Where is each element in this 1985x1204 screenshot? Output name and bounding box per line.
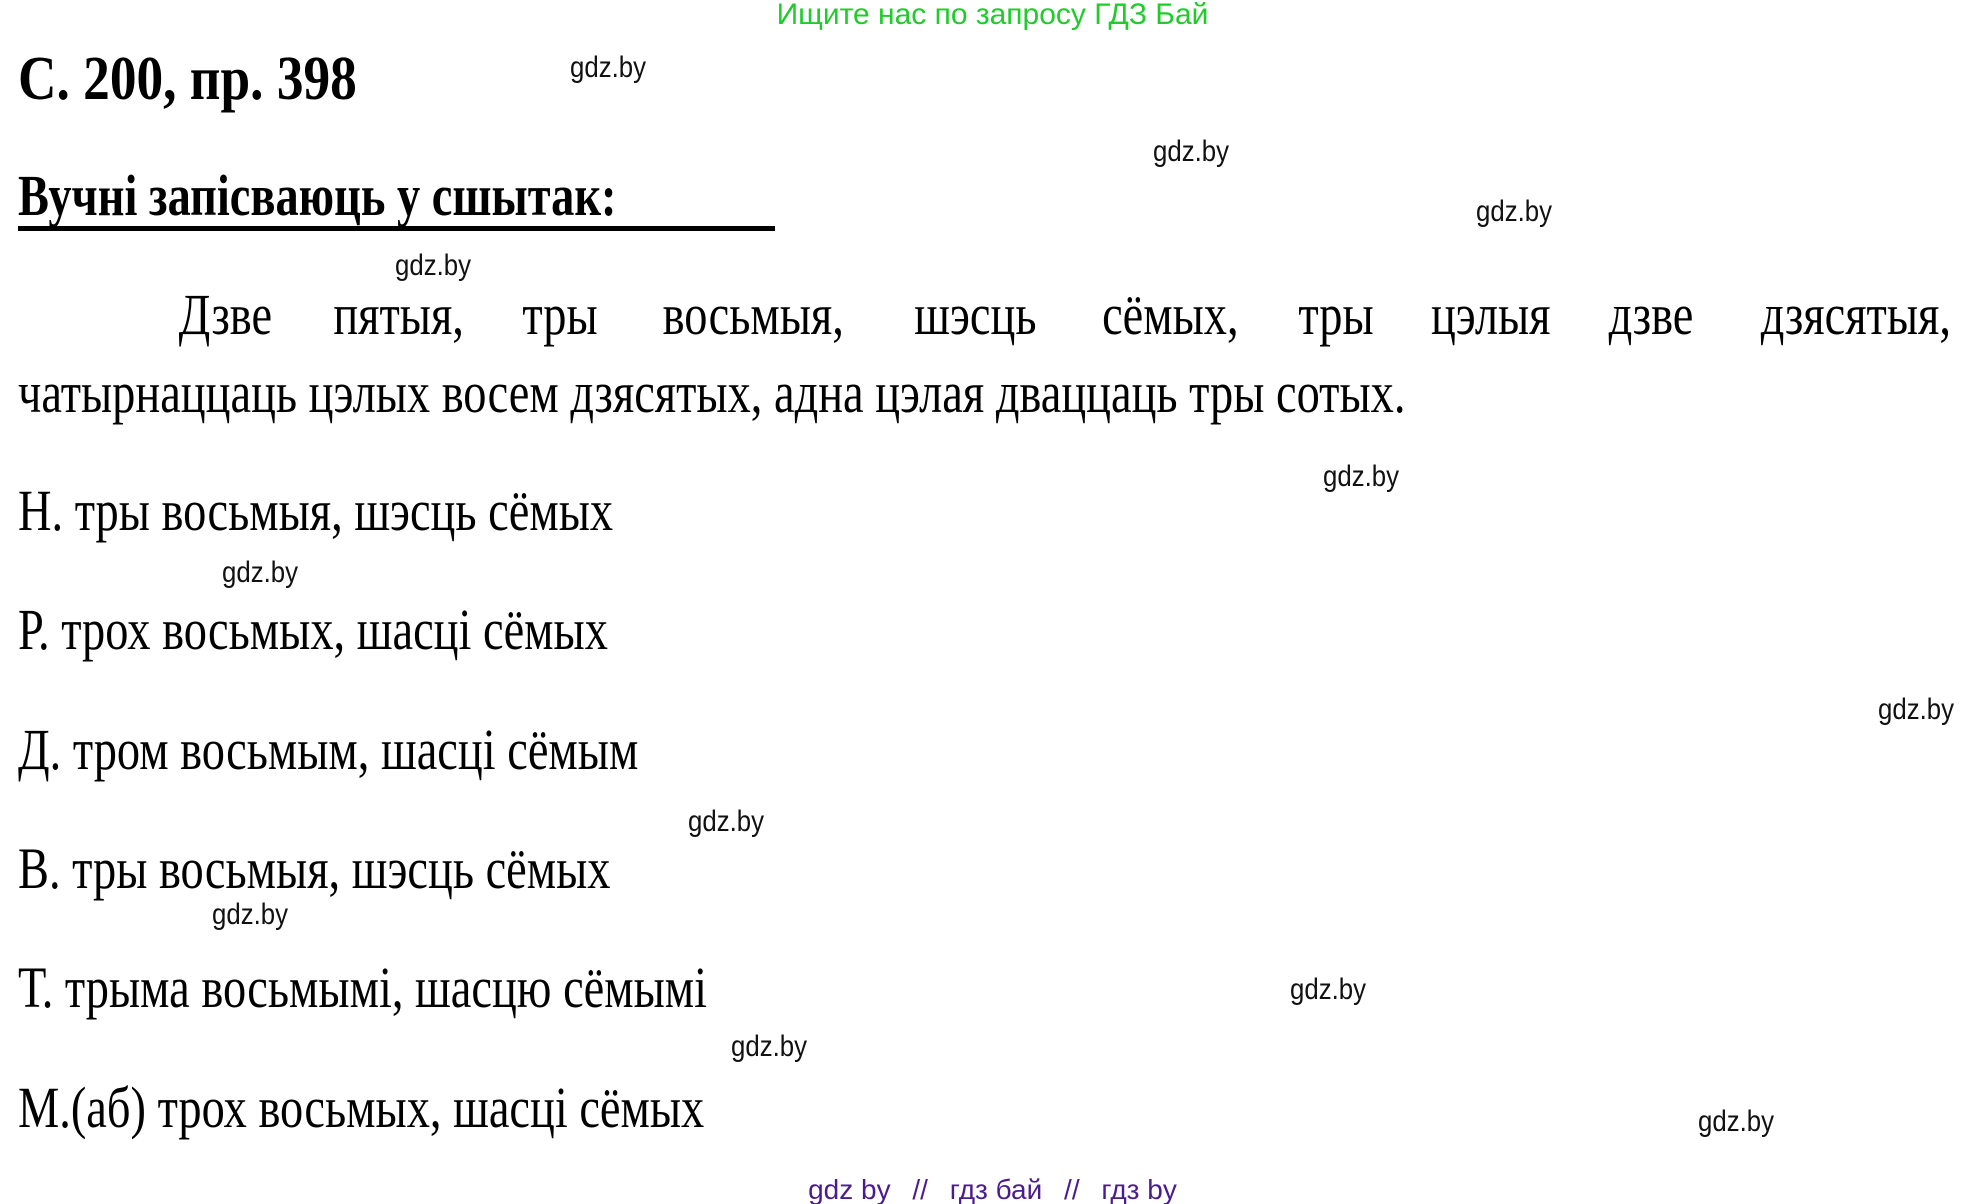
paragraph-word: сёмых, <box>1102 282 1239 348</box>
paragraph-word: тры <box>522 282 597 348</box>
watermark: gdz.by <box>395 250 483 282</box>
paragraph-word: шэсць <box>915 282 1037 348</box>
paragraph-line-2: чатырнаццаць цэлых восем дзясятых, адна … <box>18 360 1752 426</box>
search-banner: Ищите нас по запросу ГДЗ Бай <box>0 0 1985 30</box>
section-heading-text: Вучні запісваюць у сшытак: <box>18 163 617 229</box>
case-text: трох восьмых, шасці сёмых <box>158 1075 705 1140</box>
paragraph-word: дзясятыя, <box>1761 282 1951 348</box>
footer-link-gdz-bai[interactable]: гдз бай <box>950 1174 1043 1204</box>
paragraph-word: восьмыя, <box>663 282 844 348</box>
case-label: В. <box>18 836 61 901</box>
section-heading: Вучні запісваюць у сшытак: <box>18 163 766 229</box>
case-label: Н. <box>18 478 63 543</box>
watermark: gdz.by <box>212 899 300 931</box>
case-label: М.(аб) <box>18 1075 146 1140</box>
case-text: трох восьмых, шасці сёмых <box>61 597 608 662</box>
case-text: тры восьмыя, шэсць сёмых <box>75 478 613 543</box>
case-text: тром восьмым, шасці сёмым <box>73 717 638 782</box>
paragraph-word: Дзве <box>179 282 272 348</box>
case-line: Т. трыма восьмымі, шасцю сёмымі <box>18 955 879 1021</box>
footer-link-gdz-by-cyr[interactable]: гдз by <box>1101 1174 1176 1204</box>
paragraph-word: пятыя, <box>333 282 464 348</box>
watermark: gdz.by <box>1878 694 1966 726</box>
paragraph-word: тры <box>1298 282 1373 348</box>
paragraph-word: цэлыя <box>1431 282 1551 348</box>
page-title-text: С. 200, пр. 398 <box>18 44 357 114</box>
case-line: М.(аб) трох восьмых, шасці сёмых <box>18 1075 876 1141</box>
watermark: gdz.by <box>570 52 658 84</box>
case-line: В. тры восьмыя, шэсць сёмых <box>18 836 759 902</box>
case-text: трыма восьмымі, шасцю сёмымі <box>65 955 707 1020</box>
case-line: Д. тром восьмым, шасці сёмым <box>18 717 793 783</box>
case-text: тры восьмыя, шэсць сёмых <box>72 836 610 901</box>
case-line: Р. трох восьмых, шасці сёмых <box>18 597 755 663</box>
case-line: Н. тры восьмыя, шэсць сёмых <box>18 478 762 544</box>
case-label: Т. <box>18 955 53 1020</box>
watermark: gdz.by <box>688 806 776 838</box>
watermark: gdz.by <box>1476 196 1564 228</box>
footer-separator: // <box>912 1174 928 1204</box>
paragraph-word: дзве <box>1609 282 1694 348</box>
case-label: Д. <box>18 717 61 782</box>
case-label: Р. <box>18 597 50 662</box>
justified-line: Дзвепятыя,трывосьмыя,шэсцьсёмых,трыцэлыя… <box>167 282 1975 348</box>
watermark: gdz.by <box>1698 1106 1786 1138</box>
watermark: gdz.by <box>1290 974 1378 1006</box>
watermark: gdz.by <box>1323 461 1411 493</box>
footer-link-gdz-by[interactable]: gdz by <box>808 1174 891 1204</box>
watermark: gdz.by <box>1153 136 1241 168</box>
paragraph-line-1: Дзвепятыя,трывосьмыя,шэсцьсёмых,трыцэлыя… <box>167 282 1975 348</box>
paragraph-line-2-text: чатырнаццаць цэлых восем дзясятых, адна … <box>18 360 1405 426</box>
watermark: gdz.by <box>222 557 310 589</box>
heading-underline <box>18 226 775 231</box>
page-title: С. 200, пр. 398 <box>18 44 412 114</box>
footer-separator: // <box>1064 1174 1080 1204</box>
watermark: gdz.by <box>731 1031 819 1063</box>
footer-links: gdz by // гдз бай // гдз by <box>0 1175 1985 1204</box>
